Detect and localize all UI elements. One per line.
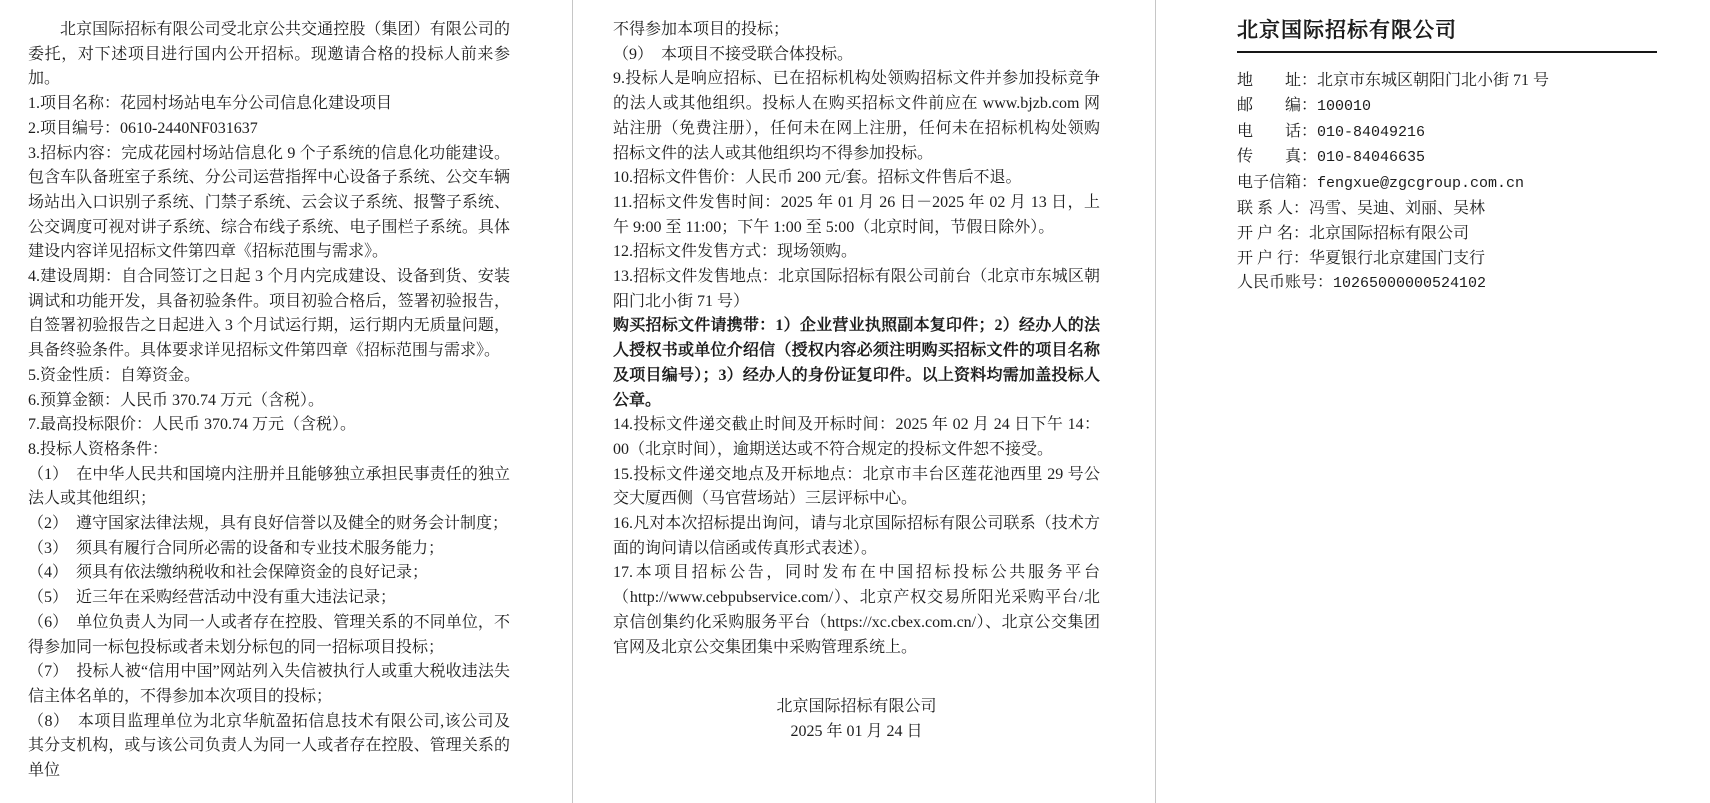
contact-label: 开 户 名： — [1237, 225, 1309, 242]
contact-label: 传 真： — [1237, 148, 1317, 165]
item-announcement-platforms: 17.本项目招标公告，同时发布在中国招标投标公共服务平台（http://www.… — [613, 561, 1100, 660]
qualification-item-1: （1） 在中华人民共和国境内注册并且能够独立承担民事责任的独立法人或其他组织； — [28, 463, 510, 512]
contact-label: 邮 编： — [1237, 97, 1317, 114]
item-max-bid-price: 7.最高投标限价：人民币 370.74 万元（含税）。 — [28, 413, 510, 438]
contact-value: 华夏银行北京建国门支行 — [1309, 250, 1485, 267]
item-document-sale-location: 13.招标文件发售地点：北京国际招标有限公司前台（北京市东城区朝阳门北小街 71… — [613, 265, 1100, 314]
column-left: 北京国际招标有限公司受北京公共交通控股（集团）有限公司的委托，对下述项目进行国内… — [28, 0, 510, 784]
contact-value: 100010 — [1317, 98, 1371, 115]
contact-value: 010-84046635 — [1317, 149, 1425, 166]
item-inquiry-contact: 16.凡对本次招标提出询问，请与北京国际招标有限公司联系（技术方面的询问请以信函… — [613, 512, 1100, 561]
contact-label: 电 话： — [1237, 123, 1317, 140]
contact-value: fengxue@zgcgroup.com.cn — [1317, 175, 1524, 192]
contact-row-account-number: 人民币账号：10265000000524102 — [1237, 271, 1657, 297]
qualification-item-3: （3） 须具有履行合同所必需的设备和专业技术服务能力； — [28, 537, 510, 562]
contact-row-fax: 传 真：010-84046635 — [1237, 145, 1657, 171]
contact-row-account-name: 开 户 名：北京国际招标有限公司 — [1237, 222, 1657, 247]
signature-block: 北京国际招标有限公司 2025 年 01 月 24 日 — [613, 695, 1100, 744]
contact-value: 北京国际招标有限公司 — [1309, 225, 1469, 242]
qualification-item-7: （7） 投标人被“信用中国”网站列入失信被执行人或重大税收违法失信主体名单的，不… — [28, 660, 510, 709]
item-document-sale-method: 12.招标文件发售方式：现场领购。 — [613, 240, 1100, 265]
item-fund-nature: 5.资金性质：自筹资金。 — [28, 364, 510, 389]
item-submission-location: 15.投标文件递交地点及开标地点：北京市丰台区莲花池西里 29 号公交大厦西侧（… — [613, 463, 1100, 512]
contact-value: 10265000000524102 — [1333, 275, 1486, 292]
qualification-item-5: （5） 近三年在采购经营活动中没有重大违法记录； — [28, 586, 510, 611]
signature-company: 北京国际招标有限公司 — [613, 695, 1100, 720]
contact-label: 联 系 人： — [1237, 200, 1309, 217]
intro-paragraph: 北京国际招标有限公司受北京公共交通控股（集团）有限公司的委托，对下述项目进行国内… — [28, 18, 510, 92]
contact-value: 冯雪、吴迪、刘丽、吴林 — [1309, 200, 1485, 217]
contact-label: 电子信箱： — [1237, 174, 1317, 191]
qualification-item-6: （6） 单位负责人为同一人或者存在控股、管理关系的不同单位，不得参加同一标包投标… — [28, 611, 510, 660]
qualification-item-2: （2） 遵守国家法律法规，具有良好信誉以及健全的财务会计制度； — [28, 512, 510, 537]
contact-row-postcode: 邮 编：100010 — [1237, 94, 1657, 120]
contact-label: 地 址： — [1237, 72, 1317, 89]
item-document-price: 10.招标文件售价：人民币 200 元/套。招标文件售后不退。 — [613, 166, 1100, 191]
column-divider-left — [572, 0, 573, 803]
signature-date: 2025 年 01 月 24 日 — [613, 720, 1100, 745]
item-project-name: 1.项目名称：花园村场站电车分公司信息化建设项目 — [28, 92, 510, 117]
qualification-item-8-continued: 不得参加本项目的投标； — [613, 18, 1100, 43]
qualification-item-9: （9） 本项目不接受联合体投标。 — [613, 43, 1100, 68]
item-project-number: 2.项目编号：0610-2440NF031637 — [28, 117, 510, 142]
purchase-requirements-notice: 购买招标文件请携带：1）企业营业执照副本复印件；2）经办人的法人授权书或单位介绍… — [613, 314, 1100, 413]
contact-row-email: 电子信箱：fengxue@zgcgroup.com.cn — [1237, 171, 1657, 197]
qualification-item-4: （4） 须具有依法缴纳税收和社会保障资金的良好记录； — [28, 561, 510, 586]
item-bidder-registration: 9.投标人是响应招标、已在招标机构处领购招标文件并参加投标竞争的法人或其他组织。… — [613, 67, 1100, 166]
item-budget-amount: 6.预算金额：人民币 370.74 万元（含税）。 — [28, 389, 510, 414]
item-tender-content: 3.招标内容：完成花园村场站信息化 9 个子系统的信息化功能建设。包含车队备班室… — [28, 142, 510, 266]
contact-row-phone: 电 话：010-84049216 — [1237, 120, 1657, 146]
contact-row-address: 地 址：北京市东城区朝阳门北小街 71 号 — [1237, 69, 1657, 94]
contact-label: 开 户 行： — [1237, 250, 1309, 267]
item-construction-period: 4.建设周期：自合同签订之日起 3 个月内完成建设、设备到货、安装调试和功能开发… — [28, 265, 510, 364]
contact-info-panel: 北京国际招标有限公司 地 址：北京市东城区朝阳门北小街 71 号 邮 编：100… — [1237, 0, 1657, 297]
contact-row-bank: 开 户 行：华夏银行北京建国门支行 — [1237, 247, 1657, 272]
tender-announcement-document: 北京国际招标有限公司受北京公共交通控股（集团）有限公司的委托，对下述项目进行国内… — [0, 0, 1710, 803]
contact-value: 010-84049216 — [1317, 124, 1425, 141]
contact-label: 人民币账号： — [1237, 274, 1333, 291]
item-submission-deadline: 14.投标文件递交截止时间及开标时间：2025 年 02 月 24 日下午 14… — [613, 413, 1100, 462]
column-divider-right — [1155, 0, 1156, 803]
qualification-item-8: （8） 本项目监理单位为北京华航盈拓信息技术有限公司,该公司及其分支机构，或与该… — [28, 710, 510, 784]
item-document-sale-time: 11.招标文件发售时间：2025 年 01 月 26 日－2025 年 02 月… — [613, 191, 1100, 240]
company-title: 北京国际招标有限公司 — [1237, 14, 1657, 53]
contact-row-contacts: 联 系 人：冯雪、吴迪、刘丽、吴林 — [1237, 197, 1657, 222]
item-bidder-qualifications-header: 8.投标人资格条件： — [28, 438, 510, 463]
contact-value: 北京市东城区朝阳门北小街 71 号 — [1317, 72, 1549, 89]
column-middle: 不得参加本项目的投标； （9） 本项目不接受联合体投标。 9.投标人是响应招标、… — [613, 0, 1100, 745]
